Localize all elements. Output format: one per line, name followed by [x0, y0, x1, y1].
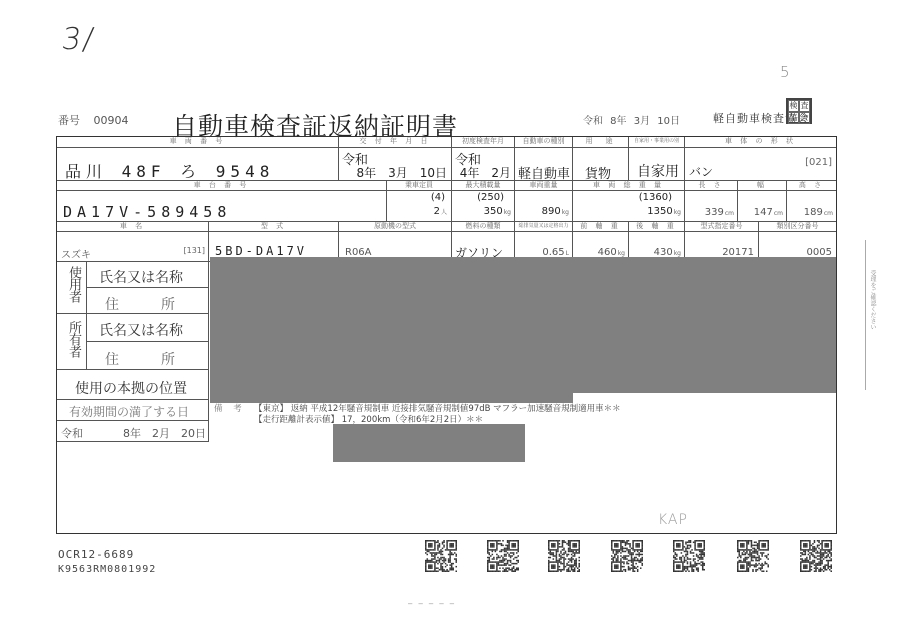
maker-cell: スズキ [131] — [57, 232, 209, 262]
length-header: 長 さ — [685, 181, 738, 191]
fuel-header: 燃料の種類 — [452, 222, 515, 232]
category-header: 類別区分番号 — [759, 222, 836, 232]
expiry-era: 令和 — [61, 425, 83, 441]
max-load-cell: (250) 350kg — [452, 191, 515, 222]
maker-value: スズキ — [61, 246, 91, 261]
qr-code-icon — [425, 540, 457, 572]
height-cell: 189cm — [787, 191, 836, 222]
plate-cell: 品川 48F ろ 9548 — [57, 148, 339, 181]
user-name-cell: 氏名又は名称 — [87, 262, 209, 288]
height-unit: cm — [824, 210, 833, 217]
side-note: 受理をご確認ください — [865, 240, 876, 390]
model-header: 型 式 — [209, 222, 339, 232]
first-reg-value: 4年 2月 — [460, 164, 511, 181]
width-unit: cm — [774, 210, 783, 217]
private-value: 自家用 — [637, 161, 679, 181]
vehicle-type-header: 自動車の種別 — [515, 137, 573, 148]
seal-char: 検 — [788, 100, 799, 112]
width-header: 幅 — [738, 181, 787, 191]
owner-name-label: 氏名又は名称 — [99, 320, 183, 340]
plate-number: 品川 48F ろ 9548 — [65, 159, 274, 182]
front-axle-header: 前 軸 重 — [573, 222, 629, 232]
vehicle-type-value: 軽自動車 — [518, 163, 570, 182]
capacity-unit: 人 — [441, 209, 447, 216]
chassis-number: DA17V-589458 — [63, 203, 231, 221]
owner-name-cell: 氏名又は名称 — [87, 314, 209, 342]
gross-weight-paren: (1360) — [639, 192, 672, 203]
remarks-line-2: 【走行距離計表示値】 17，200km（令和6年2月2日）＊＊ — [254, 415, 483, 425]
gross-weight-unit: kg — [674, 209, 681, 216]
side-note-text: 受理をご確認ください — [868, 270, 877, 330]
vehicle-type-cell: 軽自動車 — [515, 148, 573, 181]
gross-weight-header: 車 両 総 重 量 — [573, 181, 685, 191]
body-shape-header: 車 体 の 形 状 — [685, 137, 836, 148]
chassis-header: 車 台 番 号 — [57, 181, 387, 191]
remarks-line-1: 【東京】 返納 平成12年騒音規制車 近接排気騒音規制値97dB マフラー加速騒… — [254, 404, 621, 414]
document-number-label: 番号 — [58, 114, 80, 127]
qr-code-icon — [673, 540, 705, 572]
private-business-header: 自家用・事業用の別 — [629, 137, 685, 148]
capacity-cell: (4) 2人 — [387, 191, 452, 222]
front-axle-unit: kg — [618, 250, 625, 257]
qr-code-icon — [611, 540, 643, 572]
issue-date: 令和 8年 3月 10日 — [583, 112, 680, 127]
displacement-unit: L — [566, 250, 569, 257]
width-value: 147 — [754, 207, 773, 218]
user-label: 使用者 — [64, 266, 83, 302]
handwritten-mark: 5 — [780, 63, 790, 81]
user-address-cell: 住 所 — [87, 288, 209, 314]
gross-weight-cell: (1360) 1350kg — [573, 191, 685, 222]
first-registration-header: 初度検査年月 — [452, 137, 515, 148]
max-load-unit: kg — [504, 209, 511, 216]
expiry-label-cell: 有効期間の満了する日 — [57, 400, 209, 421]
vehicle-weight-header: 車両重量 — [515, 181, 573, 191]
type-designation-header: 型式指定番号 — [685, 222, 759, 232]
use-cell: 貨物 — [573, 148, 629, 181]
capacity-header: 乗車定員 — [387, 181, 452, 191]
issue-date-header: 交 付 年 月 日 — [339, 137, 452, 148]
length-value: 339 — [705, 207, 724, 218]
serial-code: K9563RM0801992 — [58, 564, 156, 575]
plate-header: 車 両 番 号 — [57, 137, 339, 148]
qr-code-icon — [737, 540, 769, 572]
gross-weight-value: 1350 — [647, 206, 672, 217]
use-header: 用 途 — [573, 137, 629, 148]
height-value: 189 — [804, 207, 823, 218]
expiry-date-cell: 令和 8年 2月 20日 — [57, 421, 209, 442]
owner-label: 所有者 — [64, 321, 83, 357]
owner-address-label: 住 所 — [105, 349, 175, 369]
seal-char: 協 — [788, 112, 799, 124]
vehicle-weight-cell: 890kg — [515, 191, 573, 222]
length-cell: 339cm — [685, 191, 738, 222]
width-cell: 147cm — [738, 191, 787, 222]
qr-code-icon — [800, 540, 832, 572]
max-load-paren: (250) — [477, 192, 504, 203]
base-location-label: 使用の本拠の位置 — [75, 378, 187, 398]
redacted-region — [210, 257, 573, 403]
use-value: 貨物 — [585, 163, 611, 182]
first-registration-cell: 令和 4年 2月 — [452, 148, 515, 181]
redacted-region — [333, 424, 525, 462]
rear-axle-header: 後 軸 重 — [629, 222, 685, 232]
vehicle-weight-value: 890 — [542, 206, 561, 217]
expiry-date-value: 8年 2月 20日 — [123, 425, 206, 441]
expiry-label: 有効期間の満了する日 — [69, 403, 189, 420]
ocr-code: OCR12-6689 — [58, 548, 134, 561]
remarks: 備 考【東京】 返納 平成12年騒音規制車 近接排気騒音規制値97dB マフラー… — [214, 404, 621, 426]
remarks-label: 備 考 — [214, 404, 254, 415]
owner-address-cell: 住 所 — [87, 342, 209, 370]
handwritten-note: 3/ — [60, 22, 98, 57]
base-location-cell: 使用の本拠の位置 — [57, 370, 209, 400]
rear-axle-unit: kg — [674, 250, 681, 257]
redacted-region — [573, 257, 836, 393]
private-business-cell: 自家用 — [629, 148, 685, 181]
qr-code-icon — [548, 540, 580, 572]
maker-code: [131] — [183, 246, 205, 255]
body-shape-value: バン — [689, 163, 713, 180]
owner-section-label: 所有者 — [57, 314, 87, 370]
capacity-paren: (4) — [431, 192, 445, 203]
official-seal-icon: 検 査 協 会 — [786, 98, 812, 124]
qr-code-icon — [487, 540, 519, 572]
user-section-label: 使用者 — [57, 262, 87, 314]
maker-header: 車 名 — [57, 222, 209, 232]
body-shape-code: [021] — [805, 157, 832, 168]
body-shape-cell: バン [021] — [685, 148, 836, 181]
issue-date-cell: 令和 8年 3月 10日 — [339, 148, 452, 181]
displacement-header: 総排気量又は定格出力 — [515, 222, 573, 232]
issue-date-value: 8年 3月 10日 — [356, 164, 447, 181]
faint-footer-mark: ━ ━ ━ ━ ━ — [408, 600, 456, 608]
capacity-value: 2 — [434, 206, 440, 217]
model-value: 5BD-DA17V — [215, 244, 307, 258]
engine-header: 原動機の型式 — [339, 222, 452, 232]
max-load-value: 350 — [484, 206, 503, 217]
height-header: 高 さ — [787, 181, 836, 191]
seal-char: 査 — [799, 100, 810, 112]
document-number: 番号 00904 — [58, 112, 139, 128]
chassis-cell: DA17V-589458 — [57, 191, 387, 222]
max-load-header: 最大積載量 — [452, 181, 515, 191]
seal-char: 会 — [799, 112, 810, 124]
document-number-value: 00904 — [94, 114, 129, 127]
length-unit: cm — [725, 210, 734, 217]
user-name-label: 氏名又は名称 — [99, 267, 183, 287]
user-address-label: 住 所 — [105, 294, 175, 314]
vehicle-weight-unit: kg — [562, 209, 569, 216]
